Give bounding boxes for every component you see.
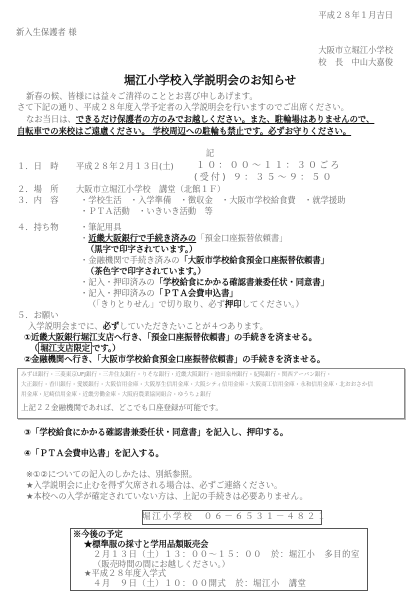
belonging-2-bold: 近畿大阪銀行で手続き済みの — [88, 233, 196, 243]
request-intro-prefix: 入学説明会までに、 — [28, 321, 103, 331]
belonging-5-note-bold: 押印 — [225, 299, 242, 309]
request-1-note-close: です。） — [92, 343, 120, 353]
belonging-2: ・近畿大阪銀行で手続き済みの「預金口座振替依頼書」 — [80, 234, 287, 244]
intro-line-1: 新春の候、皆様には益々ご清祥のこととお喜び申しあげます。 — [26, 92, 258, 102]
school-name: 大阪市立堀江小学校 — [318, 46, 393, 56]
note-3: ★本校への入学が確定されていない方は、上記の手続きは必要ありません。 — [26, 492, 308, 502]
belonging-4: ・記入・押印済みの「学校給食にかかる確認書兼委任状・同意書」 — [80, 278, 329, 288]
principal-title: 校 長 — [318, 57, 343, 67]
request-1-note-boxed: 堀江支店限定 — [38, 342, 92, 354]
request-intro-suffix: していただきたいことが４つあります。 — [119, 321, 268, 331]
belonging-1: ・筆記用具 — [80, 223, 122, 233]
belonging-5-prefix: ・記入・押印済みの — [80, 288, 155, 298]
item-content-line-1: ・学校生活 ・入学準備 ・徴収金 ・大阪市学校給食費 ・就学援助 — [80, 196, 346, 206]
intro-warning-2: 自転車での来校はご遠慮ください。 学校周辺への駐輪も禁止です。必ずお守りください… — [17, 127, 351, 137]
item-date-label: １．日 時 — [17, 162, 59, 172]
belonging-5-note-suffix: してください。） — [242, 299, 304, 309]
item-date-value: 平成２８年２月１３日(土) — [76, 162, 174, 172]
request-3: ③「学校給食にかかる確認書兼委任状・同意書」を記入し、押印する。 — [24, 428, 288, 438]
belonging-3-bold: 「大阪市学校給食預金口座振替依頼書」 — [180, 255, 329, 265]
request-2: ②金融機関へ行き、「大阪市学校給食預金口座振替依頼書」の手続きを済ませる。 — [24, 355, 325, 365]
item-date-reception: (受付) ９：３５～９：５０ — [194, 173, 334, 184]
intro-line-2: さて下記の通り、平成２８年度入学予定者の入学説明会を行いますのでご出席ください。 — [17, 103, 349, 113]
item-belongings-label: ４．持ち物 — [17, 223, 59, 233]
item-request-label: ５．お願い — [17, 311, 59, 321]
request-1-note: （堀江支店限定です。） — [30, 344, 120, 354]
note-1: ※①②についての記入のしかたは、別紙参照。 — [26, 470, 197, 480]
request-intro: 入学説明会までに、必ずしていただきたいことが４つあります。 — [28, 322, 268, 332]
note-2: ★入学説明会に止むを得ず欠席される場合は、必ずご連絡ください。 — [26, 481, 282, 491]
intro-line-3-prefix: なお当日は、 — [26, 114, 76, 124]
belonging-5-bold: 「ＰＴＡ会費申込書」 — [155, 288, 238, 298]
contact-phone: 堀江小学校 ０６－６５３１－４８２１ — [142, 512, 322, 522]
item-place-value: 大阪市立堀江小学校 講堂（北館１Ｆ） — [76, 185, 225, 195]
request-4: ④「ＰＴＡ会費申込書」を記入する。 — [24, 449, 164, 459]
principal-name: 中山大嘉俊 — [352, 57, 394, 67]
item-content-label: ３．内 容 — [17, 196, 59, 206]
issue-date: 平成２８年１月吉日 — [318, 11, 393, 21]
intro-line-3: なお当日は、できるだけ保護者の方のみでお越しください。また、駐輪場はありませんの… — [26, 115, 374, 125]
belonging-2-rest: 「預金口座振替依頼書」 — [196, 233, 287, 243]
item-place-label: ２．場 所 — [17, 185, 59, 195]
ki-heading: 記 — [0, 149, 420, 159]
bank-list-line-3: 用金庫・尼崎信用金庫・近畿労働金庫・大阪府農業協同組合・ゆうちょ銀行 — [21, 392, 211, 399]
item-content-line-2: ・ＰＴＡ活動 ・いきいき活動 等 — [80, 207, 213, 217]
request-intro-bold: 必ず — [103, 321, 120, 331]
belonging-3-note: （茶色字で印字されています。） — [86, 267, 206, 277]
schedule-event-2-time: ４月 ９日（土）１０：００開式 於：堀江小 講堂 — [93, 579, 307, 589]
belonging-2-note: （黒字で印字されています。） — [86, 245, 197, 255]
belonging-4-prefix: ・記入・押印済みの — [80, 277, 155, 287]
bank-list-line-1: みずほ銀行・三菱東京UFJ銀行・三井住友銀行・りそな銀行・近畿大阪銀行・池田泉州… — [21, 372, 332, 379]
belonging-5-note-prefix: （「きりとりせん」で切り取り、必ず — [88, 299, 225, 309]
page-title: 堀江小学校入学説明会のお知らせ — [0, 74, 420, 88]
belonging-5-note: （「きりとりせん」で切り取り、必ず押印してください。） — [88, 300, 304, 310]
belonging-4-bold: 「学校給食にかかる確認書兼委任状・同意書」 — [155, 277, 329, 287]
bank-list-line-2: 大正銀行・香川銀行・愛媛銀行・大阪信用金庫・大阪厚生信用金庫・大阪シティ信用金庫… — [21, 382, 373, 389]
item-date-time: １０：００～１１：３０ごろ — [196, 161, 342, 172]
principal: 校 長 中山大嘉俊 — [318, 58, 393, 68]
addressee: 新入生保護者 様 — [16, 28, 77, 38]
belonging-3: ・金融機関で手続き済みの「大阪市学校給食預金口座振替依頼書」 — [80, 256, 329, 266]
belonging-3-prefix: ・金融機関で手続き済みの — [80, 255, 180, 265]
belonging-5: ・記入・押印済みの「ＰＴＡ会費申込書」 — [80, 289, 238, 299]
intro-warning-1: できるだけ保護者の方のみでお越しください。また、駐輪場はありませんので、 — [76, 114, 375, 124]
bank-list-line-4: 上記２２金融機関であれば、どこでも口座登録が可能です。 — [21, 403, 223, 412]
